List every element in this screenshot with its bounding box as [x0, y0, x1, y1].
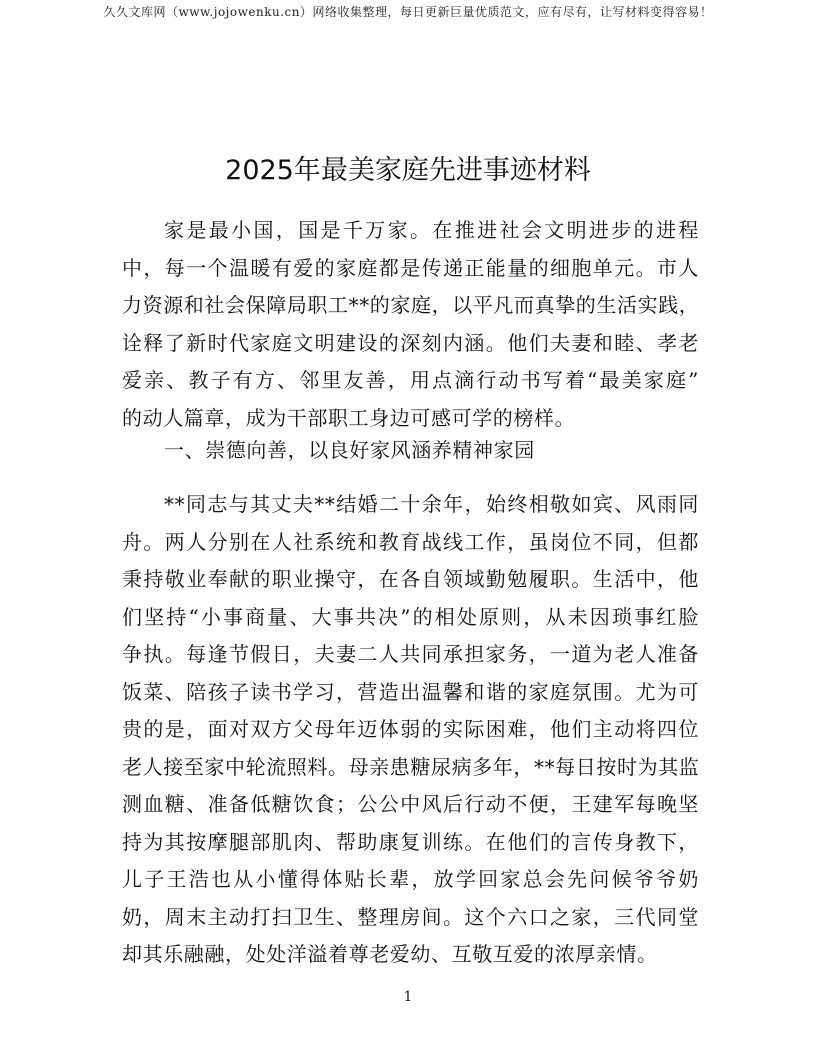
- text-line: 老人接至家中轮流照料。母亲患糖尿病多年，**每日按时为其监: [122, 749, 699, 787]
- text-line: 舟。两人分别在人社系统和教育战线工作，虽岗位不同，但都: [122, 524, 699, 562]
- text-line: 秉持敬业奉献的职业操守，在各自领域勤勉履职。生活中，他: [122, 561, 699, 599]
- text-line: 贵的是，面对双方父母年迈体弱的实际困难，他们主动将四位: [122, 711, 699, 749]
- text-line: 爱亲、教子有方、邻里友善，用点滴行动书写着“最美家庭”: [122, 362, 699, 400]
- text-line: 饭菜、陪孩子读书学习，营造出温馨和谐的家庭氛围。尤为可: [122, 674, 699, 712]
- text-line: 争执。每逢节假日，夫妻二人共同承担家务，一道为老人准备: [122, 636, 699, 674]
- paragraph-section-1: **同志与其丈夫**结婚二十余年，始终相敬如宾、风雨同 舟。两人分别在人社系统和…: [122, 486, 699, 974]
- page-number: 1: [0, 989, 816, 1005]
- site-header-banner: 久久文库网（www.jojowenku.cn）网络收集整理，每日更新巨量优质范文…: [0, 3, 816, 20]
- section-heading-text: 一、崇德向善，以良好家风涵养精神家园: [122, 432, 699, 470]
- paragraph-intro: 家是最小国，国是千万家。在推进社会文明进步的进程 中，每一个温暖有爱的家庭都是传…: [122, 212, 699, 437]
- text-line: 儿子王浩也从小懂得体贴长辈，放学回家总会先问候爷爷奶: [122, 861, 699, 899]
- text-line: 却其乐融融，处处洋溢着尊老爱幼、互敬互爱的浓厚亲情。: [122, 936, 699, 974]
- text-line: 力资源和社会保障局职工**的家庭，以平凡而真挚的生活实践，: [122, 287, 699, 325]
- section-heading: 一、崇德向善，以良好家风涵养精神家园: [122, 432, 699, 470]
- document-title: 2025年最美家庭先进事迹材料: [0, 148, 816, 187]
- text-line: 持为其按摩腿部肌肉、帮助康复训练。在他们的言传身教下，: [122, 824, 699, 862]
- text-line: 测血糖、准备低糖饮食；公公中风后行动不便，王建军每晚坚: [122, 786, 699, 824]
- text-line: 中，每一个温暖有爱的家庭都是传递正能量的细胞单元。市人: [122, 250, 699, 288]
- text-line: 家是最小国，国是千万家。在推进社会文明进步的进程: [122, 212, 699, 250]
- text-line: 们坚持“小事商量、大事共决”的相处原则，从未因琐事红脸: [122, 599, 699, 637]
- text-line: **同志与其丈夫**结婚二十余年，始终相敬如宾、风雨同: [122, 486, 699, 524]
- text-line: 奶，周末主动打扫卫生、整理房间。这个六口之家，三代同堂: [122, 899, 699, 937]
- text-line: 诠释了新时代家庭文明建设的深刻内涵。他们夫妻和睦、孝老: [122, 325, 699, 363]
